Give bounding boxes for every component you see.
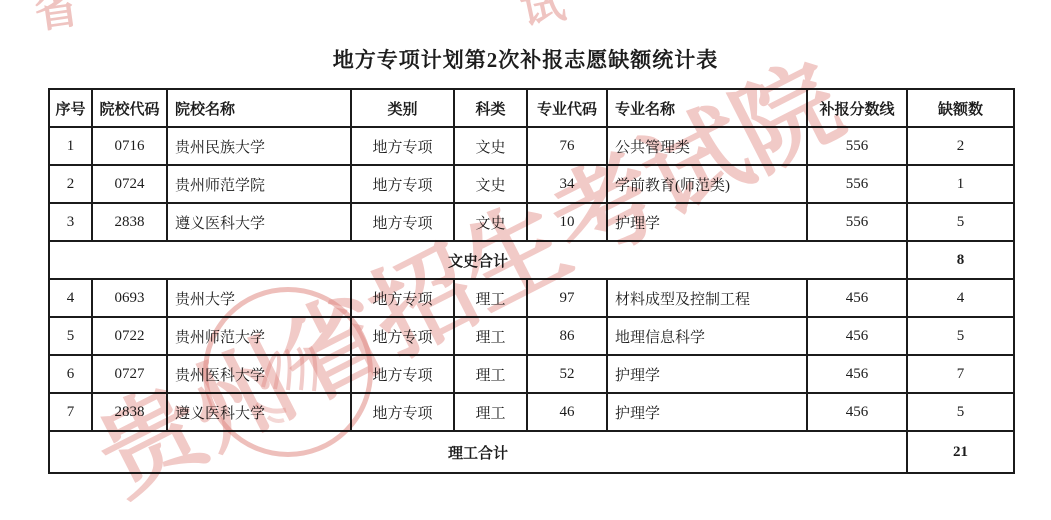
table-cell: 456 xyxy=(807,393,907,431)
table-cell: 4 xyxy=(907,279,1014,317)
table-cell: 地方专项 xyxy=(351,355,454,393)
table-cell: 公共管理类 xyxy=(607,127,807,165)
document-page: { "title": "地方专项计划第2次补报志愿缺额统计表", "waterm… xyxy=(0,0,1051,520)
table-cell: 贵州师范学院 xyxy=(167,165,351,203)
table-cell: 456 xyxy=(807,279,907,317)
table-row: 40693贵州大学地方专项理工97材料成型及控制工程4564 xyxy=(49,279,1014,317)
column-header-8: 缺额数 xyxy=(907,89,1014,127)
table-cell: 0716 xyxy=(92,127,167,165)
table-cell: 5 xyxy=(907,317,1014,355)
table-cell: 0693 xyxy=(92,279,167,317)
subtotal-label: 文史合计 xyxy=(49,241,907,279)
table-row: 60727贵州医科大学地方专项理工52护理学4567 xyxy=(49,355,1014,393)
table-row: 32838遵义医科大学地方专项文史10护理学5565 xyxy=(49,203,1014,241)
table-cell: 地方专项 xyxy=(351,317,454,355)
table-cell: 7 xyxy=(907,355,1014,393)
column-header-2: 院校名称 xyxy=(167,89,351,127)
table-cell: 地方专项 xyxy=(351,279,454,317)
table-cell: 地方专项 xyxy=(351,127,454,165)
table-cell: 4 xyxy=(49,279,92,317)
table-cell: 文史 xyxy=(454,203,527,241)
table-cell: 文史 xyxy=(454,165,527,203)
table-cell: 34 xyxy=(527,165,607,203)
table-cell: 遵义医科大学 xyxy=(167,203,351,241)
table-cell: 贵州医科大学 xyxy=(167,355,351,393)
table-cell: 7 xyxy=(49,393,92,431)
table-cell: 5 xyxy=(907,203,1014,241)
table-cell: 3 xyxy=(49,203,92,241)
table-row: 72838遵义医科大学地方专项理工46护理学4565 xyxy=(49,393,1014,431)
table-cell: 97 xyxy=(527,279,607,317)
table-cell: 学前教育(师范类) xyxy=(607,165,807,203)
column-header-5: 专业代码 xyxy=(527,89,607,127)
table-row: 20724贵州师范学院地方专项文史34学前教育(师范类)5561 xyxy=(49,165,1014,203)
table-cell: 2 xyxy=(907,127,1014,165)
header-row: 序号院校代码院校名称类别科类专业代码专业名称补报分数线缺额数 xyxy=(49,89,1014,127)
table-body: 10716贵州民族大学地方专项文史76公共管理类556220724贵州师范学院地… xyxy=(49,127,1014,473)
column-header-3: 类别 xyxy=(351,89,454,127)
table-cell: 0722 xyxy=(92,317,167,355)
table-cell: 遵义医科大学 xyxy=(167,393,351,431)
table-cell: 贵州师范大学 xyxy=(167,317,351,355)
table-cell: 理工 xyxy=(454,317,527,355)
subtotal-row: 文史合计8 xyxy=(49,241,1014,279)
table-cell: 86 xyxy=(527,317,607,355)
table-cell: 456 xyxy=(807,355,907,393)
subtotal-label: 理工合计 xyxy=(49,431,907,473)
table-cell: 6 xyxy=(49,355,92,393)
table-cell: 0724 xyxy=(92,165,167,203)
column-header-0: 序号 xyxy=(49,89,92,127)
table-cell: 0727 xyxy=(92,355,167,393)
table-cell: 556 xyxy=(807,203,907,241)
table-cell: 5 xyxy=(907,393,1014,431)
subtotal-value: 21 xyxy=(907,431,1014,473)
table-cell: 材料成型及控制工程 xyxy=(607,279,807,317)
table-cell: 2838 xyxy=(92,393,167,431)
table-cell: 2 xyxy=(49,165,92,203)
table-cell: 文史 xyxy=(454,127,527,165)
table-cell: 10 xyxy=(527,203,607,241)
table-row: 50722贵州师范大学地方专项理工86地理信息科学4565 xyxy=(49,317,1014,355)
table-cell: 护理学 xyxy=(607,355,807,393)
page-title: 地方专项计划第2次补报志愿缺额统计表 xyxy=(0,44,1051,74)
vacancy-table: 序号院校代码院校名称类别科类专业代码专业名称补报分数线缺额数 10716贵州民族… xyxy=(48,88,1015,474)
table-cell: 护理学 xyxy=(607,203,807,241)
table-cell: 贵州民族大学 xyxy=(167,127,351,165)
table-cell: 理工 xyxy=(454,393,527,431)
watermark-fragment: 省 xyxy=(30,0,82,41)
subtotal-row: 理工合计21 xyxy=(49,431,1014,473)
table-cell: 理工 xyxy=(454,355,527,393)
table-cell: 1 xyxy=(907,165,1014,203)
table-cell: 地方专项 xyxy=(351,203,454,241)
subtotal-value: 8 xyxy=(907,241,1014,279)
table-cell: 贵州大学 xyxy=(167,279,351,317)
table-cell: 地方专项 xyxy=(351,165,454,203)
watermark-fragment: 试 xyxy=(514,0,570,38)
table-cell: 556 xyxy=(807,165,907,203)
column-header-6: 专业名称 xyxy=(607,89,807,127)
table-cell: 地理信息科学 xyxy=(607,317,807,355)
table-cell: 护理学 xyxy=(607,393,807,431)
column-header-1: 院校代码 xyxy=(92,89,167,127)
column-header-7: 补报分数线 xyxy=(807,89,907,127)
table-cell: 2838 xyxy=(92,203,167,241)
table-cell: 52 xyxy=(527,355,607,393)
table-cell: 456 xyxy=(807,317,907,355)
table-cell: 5 xyxy=(49,317,92,355)
table-cell: 556 xyxy=(807,127,907,165)
table-row: 10716贵州民族大学地方专项文史76公共管理类5562 xyxy=(49,127,1014,165)
table-cell: 46 xyxy=(527,393,607,431)
table-cell: 地方专项 xyxy=(351,393,454,431)
table-cell: 1 xyxy=(49,127,92,165)
column-header-4: 科类 xyxy=(454,89,527,127)
table-cell: 理工 xyxy=(454,279,527,317)
table-cell: 76 xyxy=(527,127,607,165)
